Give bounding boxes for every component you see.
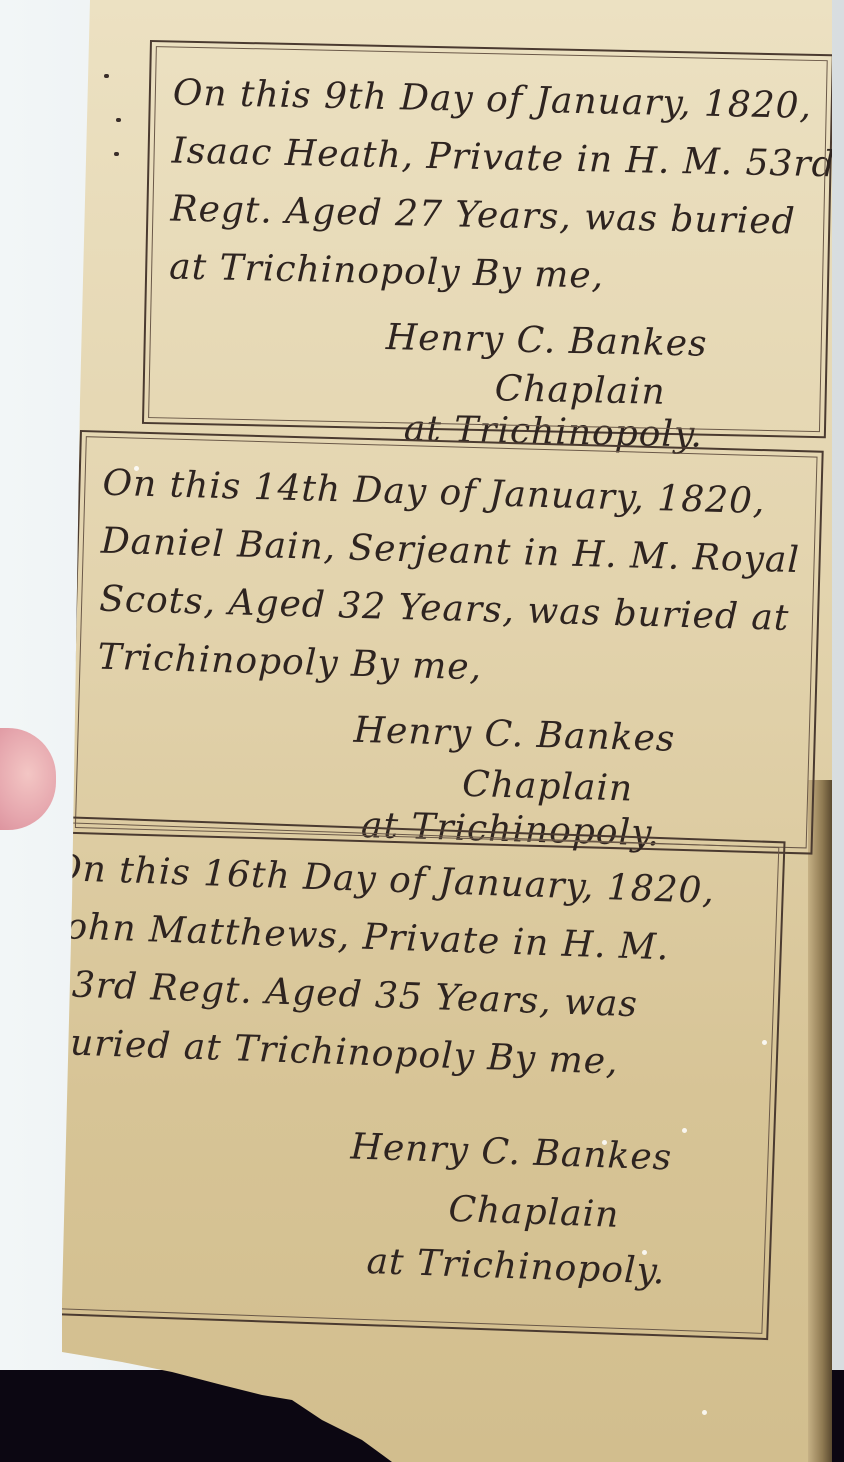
signature-place: at Trichinopoly. bbox=[346, 1236, 669, 1297]
signature-name: Henry C. Bankes bbox=[385, 309, 708, 374]
book-binding bbox=[808, 780, 832, 1462]
register-page: On this 9th Day of January, 1820, Isaac … bbox=[62, 0, 832, 1462]
entry-text: On this 16th Day of January, 1820, John … bbox=[45, 840, 765, 1097]
signature-name: Henry C. Bankes bbox=[353, 702, 676, 769]
signature-name: Henry C. Bankes bbox=[350, 1118, 674, 1187]
signature-title: Chaplain bbox=[347, 1176, 671, 1247]
entry-text: On this 14th Day of January, 1820, Danie… bbox=[97, 455, 803, 706]
signature-block: Henry C. Bankes Chaplain at Trichinopoly… bbox=[346, 1118, 673, 1297]
burial-entry-1: On this 9th Day of January, 1820, Isaac … bbox=[142, 40, 834, 438]
burial-entry-2: On this 14th Day of January, 1820, Danie… bbox=[69, 430, 824, 855]
entry-text: On this 9th Day of January, 1820, Isaac … bbox=[169, 64, 814, 309]
signature-block: Henry C. Bankes Chaplain at Trichinopoly… bbox=[383, 309, 708, 458]
burial-entry-3: On this 16th Day of January, 1820, John … bbox=[13, 815, 786, 1340]
signature-title: Chaplain bbox=[384, 367, 707, 414]
